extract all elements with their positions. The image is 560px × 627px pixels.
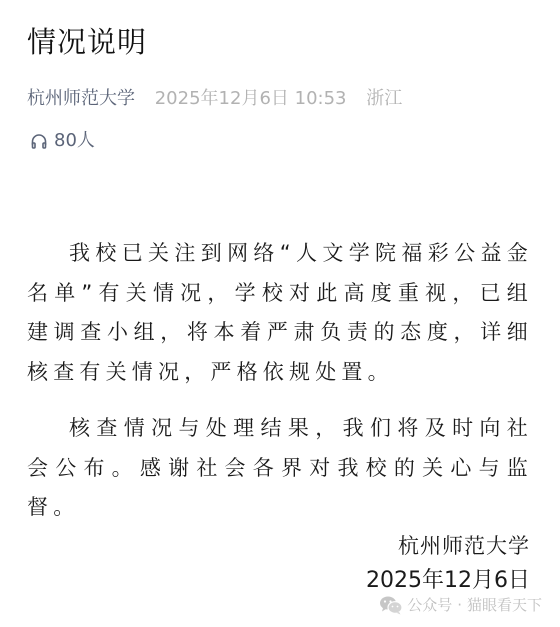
- headphones-icon: [30, 132, 48, 150]
- publish-region: 浙江: [366, 88, 402, 109]
- article-page: 情况说明 杭州师范大学 2025年12月6日 10:53 浙江 80人 我校已关…: [0, 0, 560, 627]
- publish-datetime: 2025年12月6日 10:53: [155, 88, 347, 109]
- signature-date: 2025年12月6日: [366, 566, 530, 596]
- paragraph: 我校已关注到网络“人文学院福彩公益金名单”有关情况，学校对此高度重视，已组建调查…: [27, 234, 533, 392]
- listen-count: 80人: [54, 128, 95, 154]
- watermark-separator: ·: [457, 596, 462, 614]
- article-body-paragraph-2: 核查情况与处理结果，我们将及时向社会公布。感谢社会各界对我校的关心与监督。: [27, 409, 533, 528]
- watermark-label: 公众号: [407, 594, 452, 615]
- signature-organization: 杭州师范大学: [398, 531, 530, 561]
- watermark-account: 猫眼看天下: [467, 594, 542, 615]
- watermark: 公众号 · 猫眼看天下: [379, 594, 542, 615]
- paragraph: 核查情况与处理结果，我们将及时向社会公布。感谢社会各界对我校的关心与监督。: [27, 409, 533, 528]
- listen-button[interactable]: 80人: [30, 128, 95, 154]
- article-meta: 杭州师范大学 2025年12月6日 10:53 浙江: [27, 86, 402, 112]
- author-link[interactable]: 杭州师范大学: [27, 88, 135, 109]
- article-body-paragraph-1: 我校已关注到网络“人文学院福彩公益金名单”有关情况，学校对此高度重视，已组建调查…: [27, 234, 533, 392]
- article-title: 情况说明: [27, 24, 147, 60]
- wechat-icon: [379, 595, 403, 615]
